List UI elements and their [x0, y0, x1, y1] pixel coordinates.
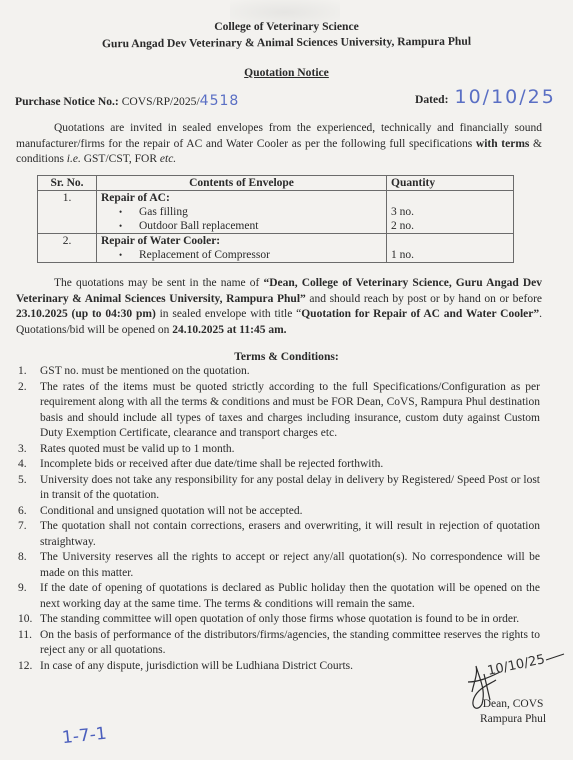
sr-no-cell: 2.: [38, 234, 97, 263]
dated-field: Dated:10/10/25: [415, 86, 556, 108]
notice-title: Quotation Notice: [0, 66, 573, 79]
table-row: 2. Repair of Water Cooler: Replacement o…: [38, 234, 514, 263]
quantity-cell: 3 no. 2 no.: [387, 191, 514, 234]
term-number: 5.: [18, 473, 27, 489]
terms-title: Terms & Conditions:: [0, 350, 573, 363]
term-number: 2.: [18, 380, 27, 396]
list-item: Outdoor Ball replacement: [101, 219, 382, 233]
quotation-notice-page: College of Veterinary Science Guru Angad…: [0, 0, 573, 760]
term-text: Conditional and unsigned quotation will …: [40, 505, 303, 517]
item-title: Repair of AC:: [101, 191, 382, 205]
term-number: 11.: [18, 628, 32, 644]
contents-cell: Repair of AC: Gas filling Outdoor Ball r…: [97, 191, 387, 234]
term-number: 12.: [18, 659, 32, 675]
term-number: 10.: [18, 612, 32, 628]
term-text: The rates of the items must be quoted st…: [40, 381, 540, 440]
term-text: The standing committee will open quotati…: [40, 613, 519, 625]
term-number: 1.: [18, 364, 27, 380]
term-item: 10.The standing committee will open quot…: [18, 612, 540, 628]
term-text: Rates quoted must be valid up to 1 month…: [40, 443, 235, 455]
header-contents: Contents of Envelope: [97, 176, 387, 191]
header-quantity: Quantity: [387, 176, 514, 191]
term-text: The University reserves all the rights t…: [40, 551, 540, 579]
signatory-title: Dean, COVS Rampura Phul: [480, 697, 546, 727]
item-title: Repair of Water Cooler:: [101, 234, 382, 248]
university-name: Guru Angad Dev Veterinary & Animal Scien…: [0, 34, 573, 51]
purchase-notice-number: Purchase Notice No.: COVS/RP/2025/4518: [15, 93, 239, 109]
term-item: 1.GST no. must be mentioned on the quota…: [18, 364, 540, 380]
handwritten-notice-number: 4518: [200, 93, 240, 109]
term-item: 5.University does not take any responsib…: [18, 473, 540, 504]
quantity-value: 3 no.: [391, 191, 509, 219]
term-item: 2.The rates of the items must be quoted …: [18, 380, 540, 442]
quantity-value: 1 no.: [391, 234, 509, 262]
term-item: 4.Incomplete bids or received after due …: [18, 457, 540, 473]
term-number: 6.: [18, 504, 27, 520]
list-item: Replacement of Compressor: [101, 248, 382, 262]
term-number: 4.: [18, 457, 27, 473]
specification-table: Sr. No. Contents of Envelope Quantity 1.…: [37, 175, 514, 263]
quantity-cell: 1 no.: [387, 234, 514, 263]
term-item: 6.Conditional and unsigned quotation wil…: [18, 504, 540, 520]
header-sr-no: Sr. No.: [38, 176, 97, 191]
list-item: Gas filling: [101, 205, 382, 219]
handwritten-date: 10/10/25: [455, 86, 556, 108]
term-text: University does not take any responsibil…: [40, 474, 540, 502]
term-number: 7.: [18, 519, 27, 535]
intro-paragraph: Quotations are invited in sealed envelop…: [16, 121, 542, 168]
term-item: 8.The University reserves all the rights…: [18, 550, 540, 581]
dated-label: Dated:: [415, 93, 449, 106]
terms-list: 1.GST no. must be mentioned on the quota…: [18, 364, 540, 674]
term-item: 7.The quotation shall not contain correc…: [18, 519, 540, 550]
term-text: The quotation shall not contain correcti…: [40, 520, 540, 548]
term-text: Incomplete bids or received after due da…: [40, 458, 383, 470]
term-item: 3.Rates quoted must be valid up to 1 mon…: [18, 442, 540, 458]
term-text: GST no. must be mentioned on the quotati…: [40, 365, 250, 377]
handwritten-annotation: 1-7-1: [61, 724, 108, 749]
term-text: If the date of opening of quotations is …: [40, 582, 540, 610]
college-name: College of Veterinary Science: [0, 20, 573, 33]
purchase-notice-prefix: COVS/RP/2025/: [122, 95, 200, 108]
purchase-notice-label: Purchase Notice No.:: [15, 95, 119, 108]
term-number: 3.: [18, 442, 27, 458]
submission-paragraph: The quotations may be sent in the name o…: [16, 276, 542, 338]
table-header-row: Sr. No. Contents of Envelope Quantity: [38, 176, 514, 191]
term-text: In case of any dispute, jurisdiction wil…: [40, 660, 353, 672]
contents-cell: Repair of Water Cooler: Replacement of C…: [97, 234, 387, 263]
sr-no-cell: 1.: [38, 191, 97, 234]
table-row: 1. Repair of AC: Gas filling Outdoor Bal…: [38, 191, 514, 234]
term-item: 9.If the date of opening of quotations i…: [18, 581, 540, 612]
term-number: 8.: [18, 550, 27, 566]
quantity-value: 2 no.: [391, 219, 509, 233]
term-number: 9.: [18, 581, 27, 597]
